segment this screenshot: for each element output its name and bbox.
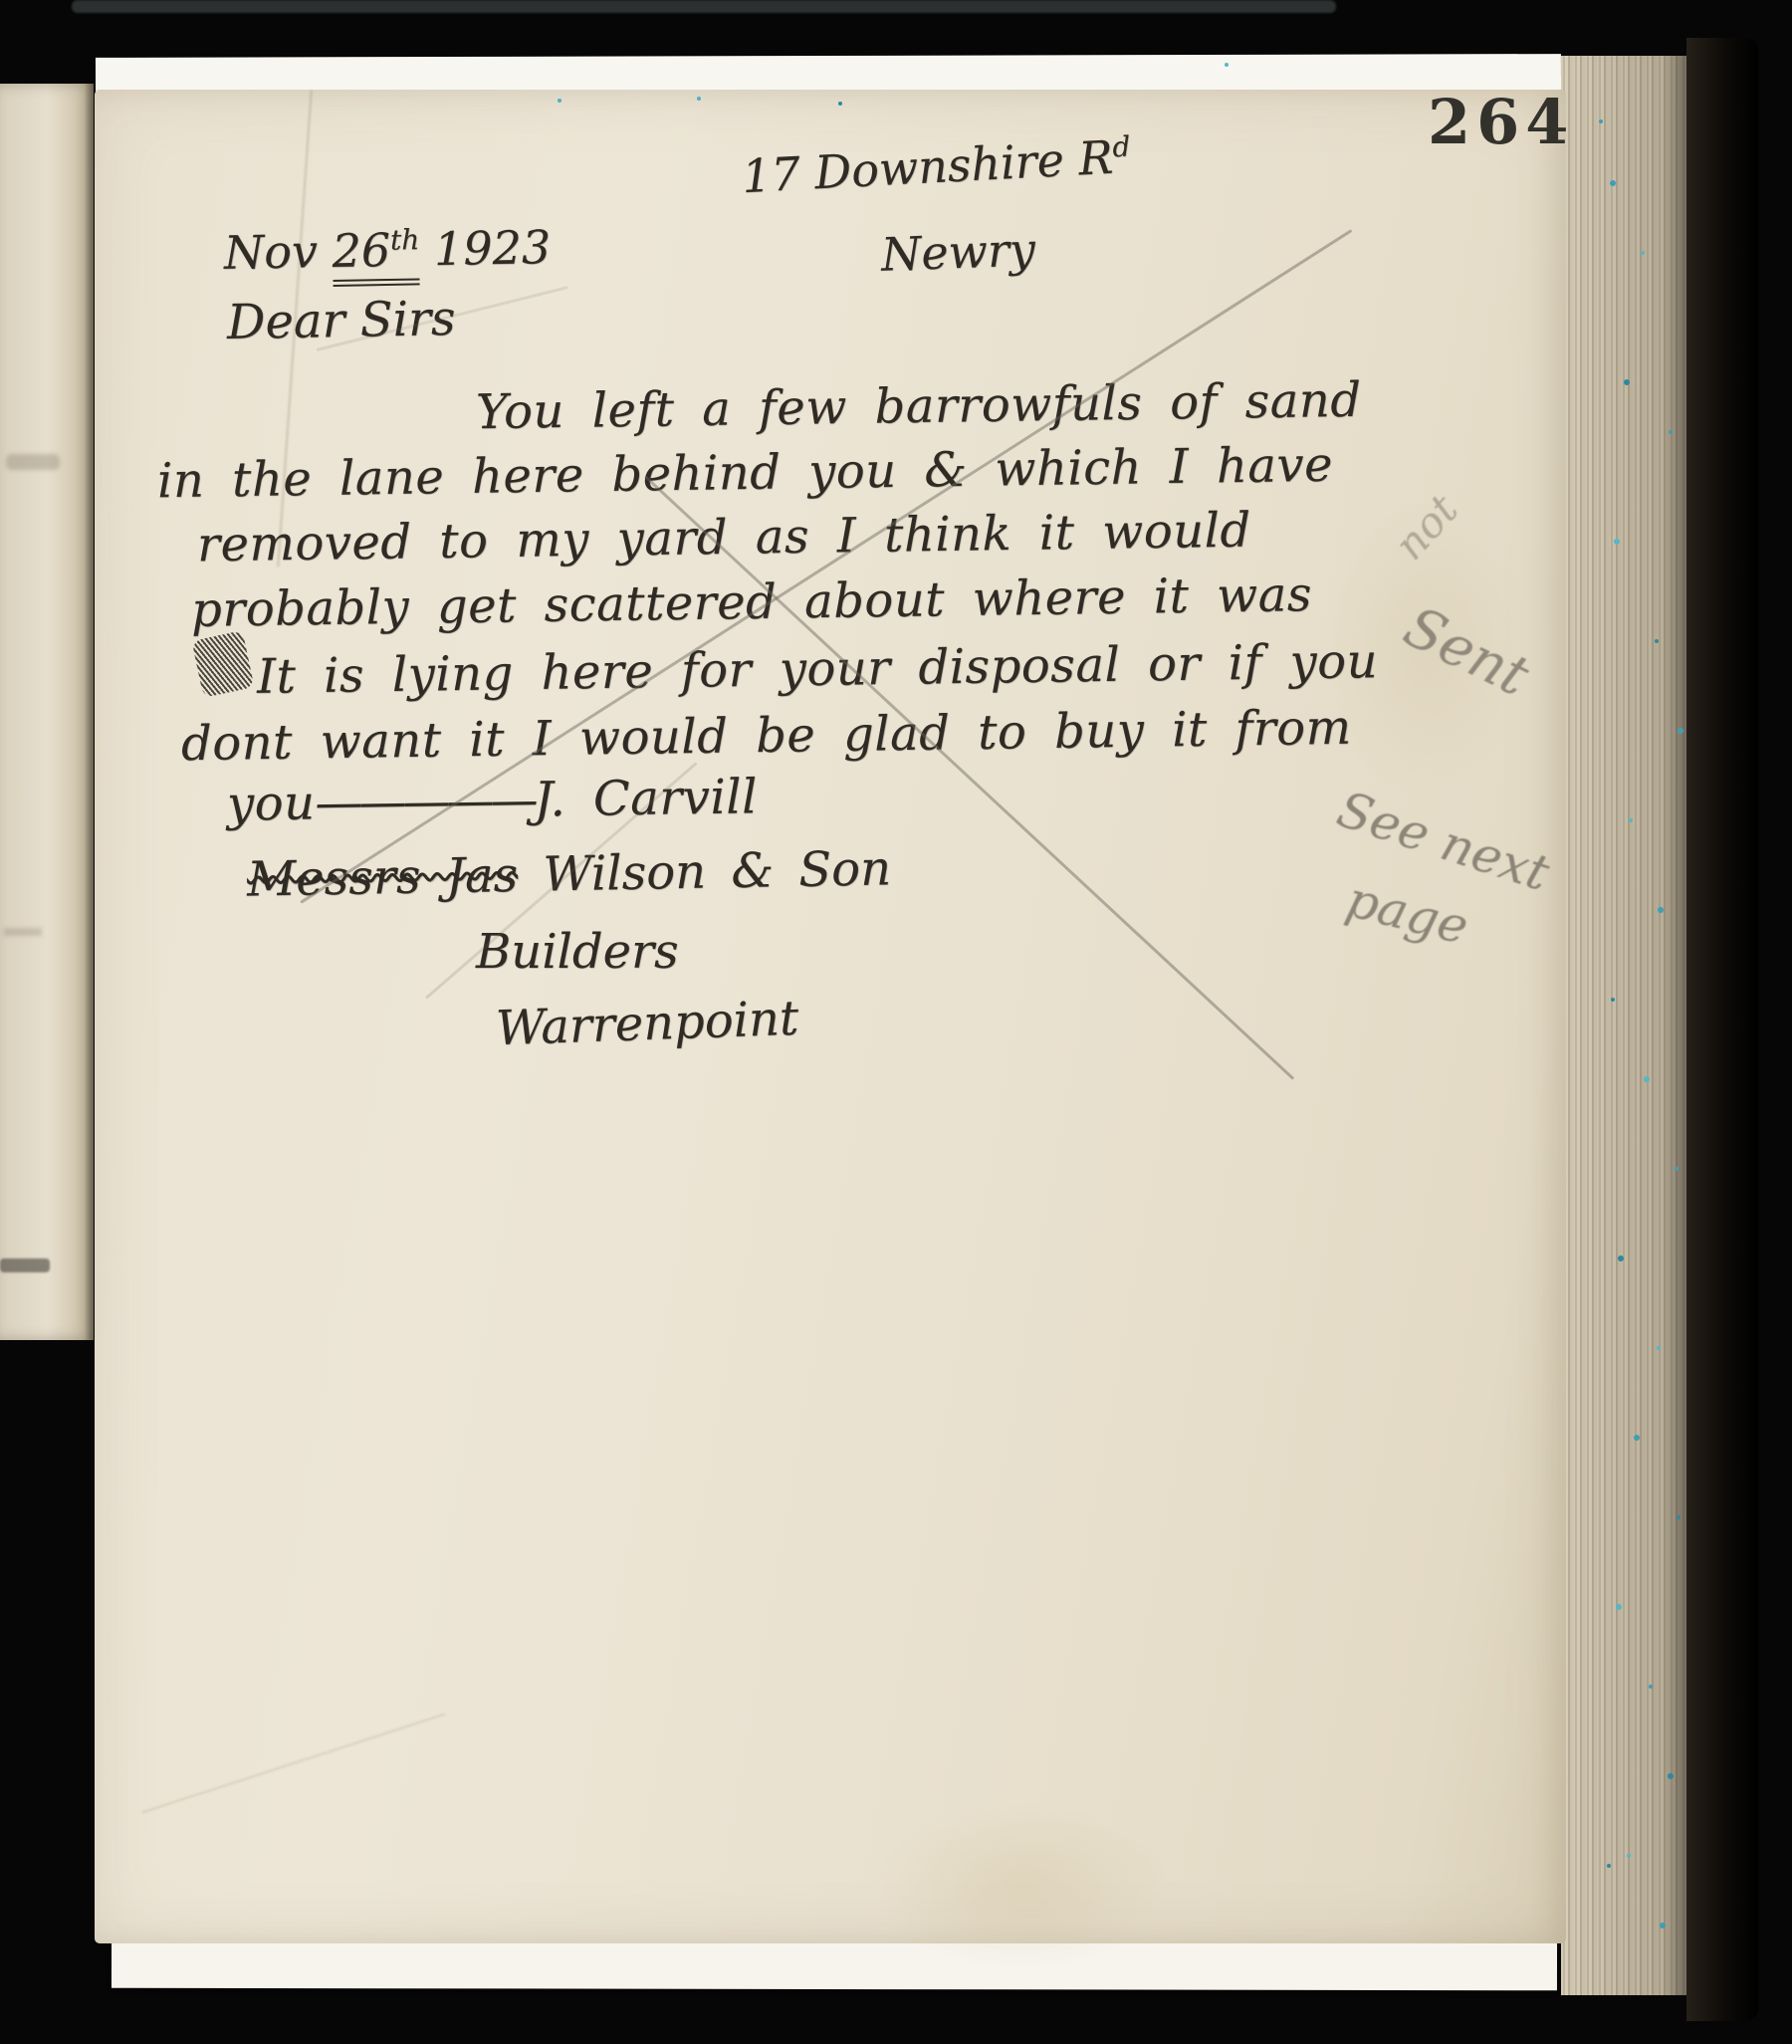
recipient-line-3: Warrenpoint: [495, 991, 799, 1057]
recipient-struck-text: Messrs Jas: [247, 847, 519, 908]
left-page-ink-mark: [0, 1258, 50, 1272]
address-line-2: Newry: [880, 222, 1036, 281]
address-superscript: d: [1112, 129, 1132, 163]
date-ordinal: th: [390, 223, 420, 257]
recipient-line-2: Builders: [476, 924, 679, 980]
letter-page: [95, 90, 1566, 1943]
left-page-smudge: [4, 928, 42, 936]
signature: J. Carvill: [534, 769, 758, 827]
date-year: 1923: [419, 220, 552, 276]
book-fore-edge: [1561, 56, 1688, 1995]
book-scan: 264 17 Downshire Rd Newry Nov 26th 1923 …: [0, 0, 1792, 2044]
left-page-edge: [0, 84, 94, 1340]
blue-top-speckles: [558, 99, 561, 103]
left-page-smudge: [6, 454, 60, 470]
top-page-sliver: [72, 0, 1336, 13]
underlying-sheet-bottom: [112, 1936, 1557, 1991]
paper-stain: [871, 1802, 1170, 1971]
date-line: Nov 26th 1923: [224, 220, 552, 280]
closing-word: you: [227, 775, 316, 831]
blue-edge-speckles: [1599, 119, 1603, 123]
date-day-underlined: 26th: [332, 222, 420, 287]
paper-crease: [142, 1713, 446, 1814]
date-month: Nov: [224, 224, 333, 280]
date-day: 26: [332, 223, 390, 278]
book-cover-edge: [1686, 38, 1758, 2021]
page-number: 264: [1428, 86, 1574, 158]
